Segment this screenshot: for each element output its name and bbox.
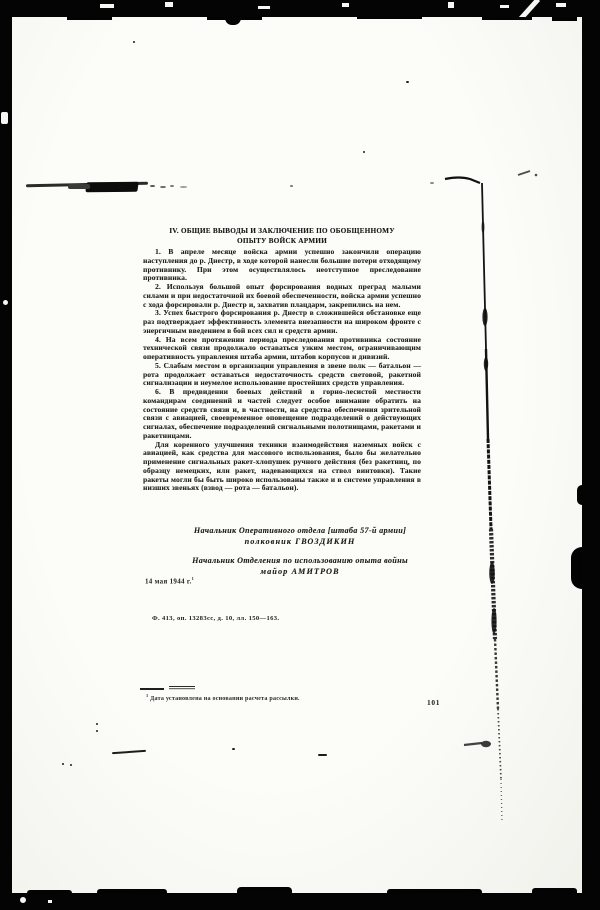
noise-speck xyxy=(318,754,327,756)
footnote-separator xyxy=(169,686,195,687)
torn-edge-artifact xyxy=(387,889,482,893)
torn-edge-artifact xyxy=(67,17,112,20)
section-heading: IV. ОБЩИЕ ВЫВОДЫ И ЗАКЛЮЧЕНИЕ ПО ОБОБЩЕН… xyxy=(143,227,421,246)
torn-edge-artifact xyxy=(482,17,532,20)
scan-speck xyxy=(3,300,8,305)
binding-shadow-artifact xyxy=(571,547,582,589)
noise-speck xyxy=(96,723,98,725)
torn-edge-artifact xyxy=(97,889,167,893)
scan-speck xyxy=(342,3,349,7)
footnote-separator xyxy=(140,688,164,690)
smudge-blob xyxy=(85,182,138,192)
scan-speck xyxy=(20,897,26,903)
paragraph-2: 2. Используя большой опыт форсирования в… xyxy=(143,283,421,309)
signature-role: Начальник Оперативного отдела [штаба 57-… xyxy=(140,526,460,536)
binding-shadow-artifact xyxy=(577,485,582,505)
torn-edge-artifact xyxy=(357,17,422,19)
smudge-dot xyxy=(150,185,155,187)
document-body: 1. В апреле месяце войска армии успешно … xyxy=(143,248,421,493)
scan-speck xyxy=(100,4,114,8)
paragraph-4: 4. На всем протяжении периода преследова… xyxy=(143,336,421,362)
noise-speck xyxy=(430,182,434,184)
date-text: 14 мая 1944 г. xyxy=(145,577,192,585)
footnote: 1 Дата установлена на основании расчета … xyxy=(146,693,300,702)
smudge-dot xyxy=(180,186,187,188)
footnote-text: Дата установлена на основании расчета ра… xyxy=(150,696,300,702)
noise-speck xyxy=(112,750,146,754)
paragraph-7: Для коренного улучшения техники взаимоде… xyxy=(143,441,421,494)
scan-speck xyxy=(1,112,8,124)
noise-speck xyxy=(290,185,293,187)
heading-line-1: IV. ОБЩИЕ ВЫВОДЫ И ЗАКЛЮЧЕНИЕ ПО ОБОБЩЕН… xyxy=(143,227,421,237)
torn-edge-artifact xyxy=(237,887,292,893)
noise-speck xyxy=(363,151,365,153)
torn-edge-artifact xyxy=(552,17,577,21)
paragraph-5: 5. Слабым местом в организации управлени… xyxy=(143,362,421,388)
heading-line-2: ОПЫТУ ВОЙСК АРМИИ xyxy=(143,237,421,247)
date-line: 14 мая 1944 г.1 xyxy=(145,576,194,585)
page-number: 101 xyxy=(427,698,440,707)
footnote-marker: 1 xyxy=(146,693,148,698)
torn-edge-artifact xyxy=(27,890,72,893)
noise-speck xyxy=(133,41,135,43)
scanned-document-background: IV. ОБЩИЕ ВЫВОДЫ И ЗАКЛЮЧЕНИЕ ПО ОБОБЩЕН… xyxy=(0,0,600,910)
scan-speck xyxy=(48,900,52,903)
smudge-dot xyxy=(170,185,174,187)
paragraph-6: 6. В предвидении боевых действий в горно… xyxy=(143,388,421,441)
noise-speck xyxy=(406,81,409,83)
torn-edge-artifact xyxy=(532,888,577,893)
smudge-dot xyxy=(160,186,166,188)
scan-speck xyxy=(556,3,566,7)
paragraph-1: 1. В апреле месяце войска армии успешно … xyxy=(143,248,421,283)
paragraph-3: 3. Успех быстрого форсирования р. Днестр… xyxy=(143,309,421,335)
scan-speck xyxy=(448,2,454,8)
smudge-blob xyxy=(68,184,90,189)
noise-speck xyxy=(232,748,235,750)
noise-speck xyxy=(62,763,64,765)
scan-speck xyxy=(165,2,173,7)
noise-speck xyxy=(70,764,72,766)
signature-name: полковник ГВОЗДИКИН xyxy=(140,536,460,547)
signature-role: Начальник Отделения по использованию опы… xyxy=(140,556,460,566)
signature-block-2: Начальник Отделения по использованию опы… xyxy=(140,556,460,577)
document-page: IV. ОБЩИЕ ВЫВОДЫ И ЗАКЛЮЧЕНИЕ ПО ОБОБЩЕН… xyxy=(12,17,582,893)
signature-block-1: Начальник Оперативного отдела [штаба 57-… xyxy=(140,526,460,547)
scan-speck xyxy=(500,5,509,8)
date-footnote-marker: 1 xyxy=(192,576,195,581)
scan-speck xyxy=(258,6,270,9)
torn-edge-artifact xyxy=(225,17,241,25)
noise-speck xyxy=(96,730,98,732)
archive-reference: Ф. 413, оп. 13283сс, д. 10, лл. 150—163. xyxy=(152,615,279,622)
